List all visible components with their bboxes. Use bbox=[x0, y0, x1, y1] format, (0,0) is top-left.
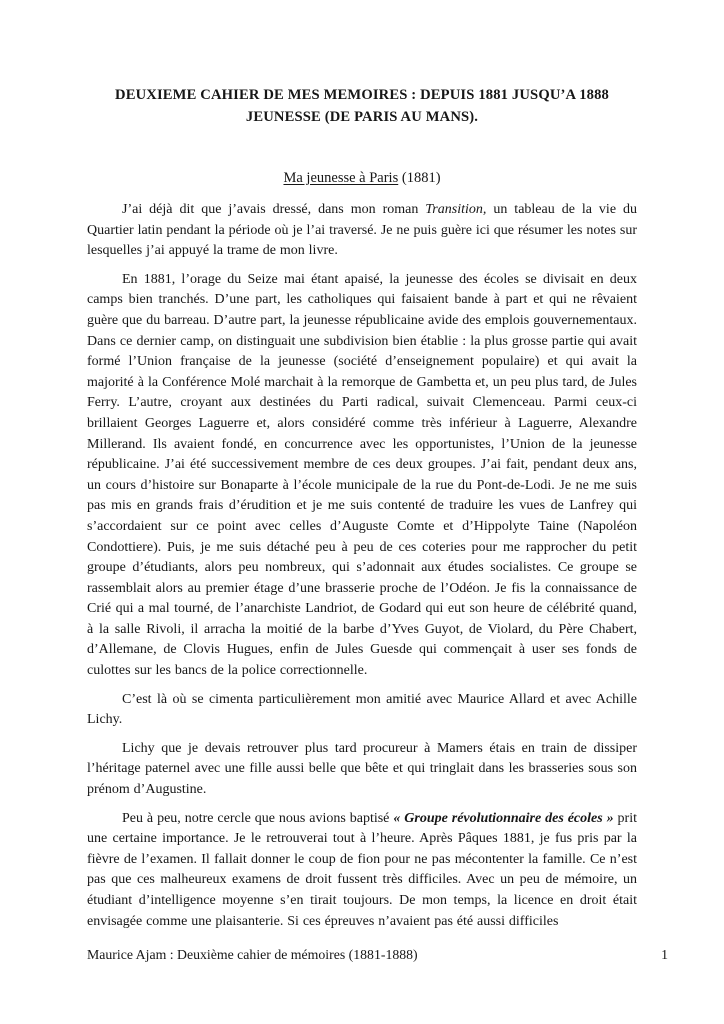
title-line-2: JEUNESSE (DE PARIS AU MANS). bbox=[87, 106, 637, 128]
paragraph: Peu à peu, notre cercle que nous avions … bbox=[87, 809, 637, 933]
body-paragraphs: J’ai déjà dit que j’avais dressé, dans m… bbox=[87, 200, 637, 932]
document-page: DEUXIEME CAHIER DE MES MEMOIRES : DEPUIS… bbox=[0, 0, 724, 1024]
footer-text: Maurice Ajam : Deuxième cahier de mémoir… bbox=[87, 945, 418, 965]
text-run: En 1881, l’orage du Seize mai étant apai… bbox=[87, 272, 637, 678]
page-number: 1 bbox=[661, 945, 668, 965]
emphasized-text-run: Transition, bbox=[425, 202, 486, 217]
document-title: DEUXIEME CAHIER DE MES MEMOIRES : DEPUIS… bbox=[87, 84, 637, 128]
paragraph: J’ai déjà dit que j’avais dressé, dans m… bbox=[87, 200, 637, 262]
text-run: C’est là où se cimenta particulièrement … bbox=[87, 692, 637, 728]
text-run: Lichy que je devais retrouver plus tard … bbox=[87, 741, 637, 797]
text-run: prit une certaine importance. Je le retr… bbox=[87, 811, 637, 929]
section-heading-year: (1881) bbox=[398, 170, 440, 186]
title-line-1: DEUXIEME CAHIER DE MES MEMOIRES : DEPUIS… bbox=[87, 84, 637, 106]
text-run: J’ai déjà dit que j’avais dressé, dans m… bbox=[122, 202, 425, 217]
document-content: DEUXIEME CAHIER DE MES MEMOIRES : DEPUIS… bbox=[87, 84, 637, 940]
page-footer: Maurice Ajam : Deuxième cahier de mémoir… bbox=[87, 945, 668, 965]
section-heading-underlined-text: Ma jeunesse à Paris bbox=[283, 170, 398, 186]
emphasized-text-run: « Groupe révolutionnaire des écoles » bbox=[393, 811, 613, 826]
paragraph: Lichy que je devais retrouver plus tard … bbox=[87, 739, 637, 801]
paragraph: En 1881, l’orage du Seize mai étant apai… bbox=[87, 270, 637, 682]
paragraph: C’est là où se cimenta particulièrement … bbox=[87, 690, 637, 731]
section-heading: Ma jeunesse à Paris (1881) bbox=[87, 168, 637, 189]
text-run: Peu à peu, notre cercle que nous avions … bbox=[122, 811, 393, 826]
